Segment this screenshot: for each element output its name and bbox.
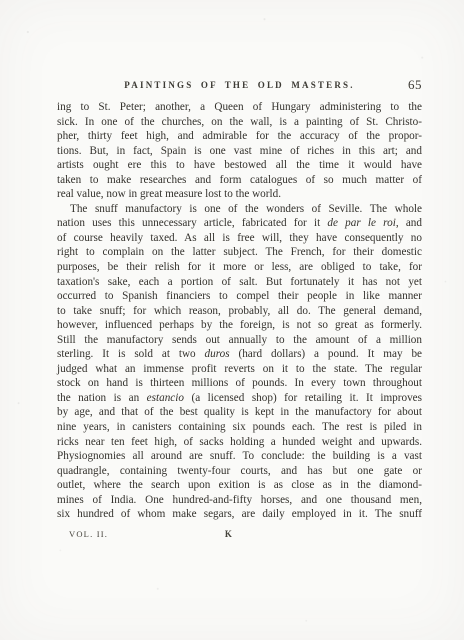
text-segment: sterling. It is sold at two: [57, 348, 205, 360]
text-segment: mines of India. One hundred-and-fifty ho…: [57, 494, 422, 506]
text-line: taxation's sake, each a portion of salt.…: [57, 275, 422, 290]
volume-label: VOL. II.: [69, 529, 108, 539]
text-line: nation uses this unnecessary article, fa…: [57, 216, 422, 231]
text-segment: , and: [396, 217, 422, 229]
text-segment: nation uses this unnecessary article, fa…: [57, 217, 327, 229]
text-line: judged what an immense profit reverts on…: [57, 362, 422, 377]
page-footer: VOL. II. K: [57, 529, 422, 541]
text-segment: however, influenced perhaps by the forei…: [57, 319, 422, 331]
text-line: Still the manufactory sends out annually…: [57, 333, 422, 348]
text-line: outlet, where the search upon exition is…: [57, 478, 422, 493]
text-line: The snuff manufactory is one of the wond…: [57, 202, 422, 217]
text-segment: Physiognomies all around are snuff. To c…: [57, 450, 422, 462]
text-line: six hundred of whom make segars, are dai…: [57, 507, 422, 522]
text-line: tions. But, in fact, Spain is one vast m…: [57, 144, 422, 159]
text-line: nine years, in canisters containing six …: [57, 420, 422, 435]
text-segment: The snuff manufactory is one of the wond…: [70, 203, 422, 215]
text-line: real value, now in great measure lost to…: [57, 187, 422, 202]
text-segment: of course heavily taxed. As all is free …: [57, 232, 422, 244]
text-segment: nine years, in canisters containing six …: [57, 421, 422, 433]
text-line: by age, and that of the best quality is …: [57, 405, 422, 420]
text-segment: right to complain on the latter subject.…: [57, 246, 422, 258]
italic-term: estancio: [147, 392, 184, 404]
text-line: stock on hand is thirteen millions of po…: [57, 376, 422, 391]
running-header: PAINTINGS OF THE OLD MASTERS. 65: [57, 80, 422, 95]
book-page: PAINTINGS OF THE OLD MASTERS. 65 ing to …: [0, 0, 464, 640]
text-line: ricks near ten feet high, of sacks holdi…: [57, 435, 422, 450]
text-line: however, influenced perhaps by the forei…: [57, 318, 422, 333]
text-segment: occurred to Spanish financiers to compel…: [57, 290, 422, 302]
text-line: to take snuff; for which reason, probabl…: [57, 304, 422, 319]
text-line: sterling. It is sold at two duros (hard …: [57, 347, 422, 362]
text-line: right to complain on the latter subject.…: [57, 245, 422, 260]
text-segment: ricks near ten feet high, of sacks holdi…: [57, 436, 422, 448]
text-segment: artists ought ere this to have bestowed …: [57, 159, 422, 171]
text-line: quadrangle, containing twenty-four court…: [57, 464, 422, 479]
page-number: 65: [408, 77, 422, 93]
text-line: mines of India. One hundred-and-fifty ho…: [57, 493, 422, 508]
printer-signature: K: [225, 529, 232, 539]
italic-term: duros: [205, 348, 230, 360]
text-segment: Still the manufactory sends out annually…: [57, 334, 422, 346]
text-segment: pher, thirty feet high, and admirable fo…: [57, 130, 422, 142]
text-line: Physiognomies all around are snuff. To c…: [57, 449, 422, 464]
text-segment: by age, and that of the best quality is …: [57, 406, 422, 418]
text-line: occurred to Spanish financiers to compel…: [57, 289, 422, 304]
text-segment: (a licensed shop) for retailing it. It i…: [184, 392, 422, 404]
text-segment: real value, now in great measure lost to…: [57, 188, 281, 200]
text-segment: six hundred of whom make segars, are dai…: [57, 508, 422, 520]
text-segment: stock on hand is thirteen millions of po…: [57, 377, 422, 389]
text-segment: outlet, where the search upon exition is…: [57, 479, 422, 491]
text-segment: to take snuff; for which reason, probabl…: [57, 305, 422, 317]
page-body: ing to St. Peter; another, a Queen of Hu…: [57, 100, 422, 522]
text-segment: taxation's sake, each a portion of salt.…: [57, 276, 422, 288]
text-line: of course heavily taxed. As all is free …: [57, 231, 422, 246]
text-segment: sick. In one of the churches, on the wal…: [57, 116, 422, 128]
text-line: artists ought ere this to have bestowed …: [57, 158, 422, 173]
text-segment: tions. But, in fact, Spain is one vast m…: [57, 145, 422, 157]
text-segment: purposes, be their relish for it more or…: [57, 261, 422, 273]
running-title: PAINTINGS OF THE OLD MASTERS.: [57, 80, 422, 90]
text-line: sick. In one of the churches, on the wal…: [57, 115, 422, 130]
text-segment: judged what an immense profit reverts on…: [57, 363, 422, 375]
text-line: the nation is an estancio (a licensed sh…: [57, 391, 422, 406]
text-segment: taken to make researches and form catalo…: [57, 174, 422, 186]
text-segment: the nation is an: [57, 392, 147, 404]
text-segment: quadrangle, containing twenty-four court…: [57, 465, 422, 477]
text-line: purposes, be their relish for it more or…: [57, 260, 422, 275]
italic-term: de par le roi: [327, 217, 395, 229]
text-line: pher, thirty feet high, and admirable fo…: [57, 129, 422, 144]
text-line: ing to St. Peter; another, a Queen of Hu…: [57, 100, 422, 115]
text-segment: (hard dollars) a pound. It may be: [230, 348, 422, 360]
text-line: taken to make researches and form catalo…: [57, 173, 422, 188]
text-segment: ing to St. Peter; another, a Queen of Hu…: [57, 101, 422, 113]
